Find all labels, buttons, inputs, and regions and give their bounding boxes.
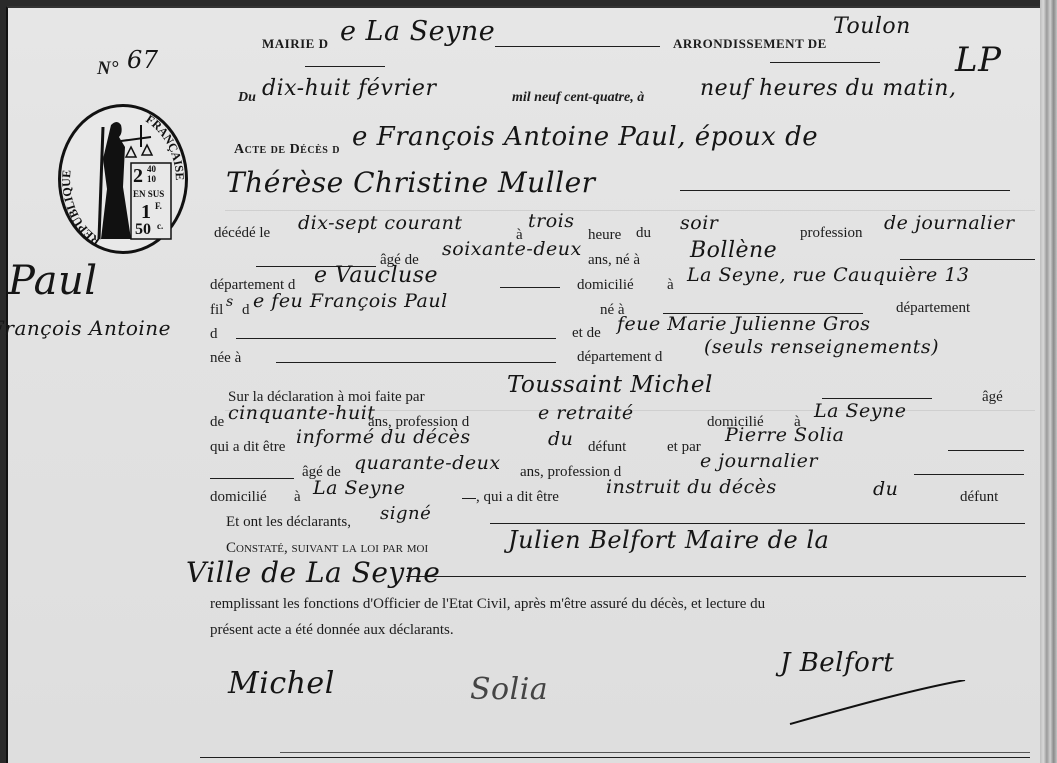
date-time: neuf heures du matin, (700, 76, 956, 101)
domicile-value: La Seyne, rue Cauquière 13 (687, 264, 970, 286)
underline (680, 190, 1010, 191)
line-d-label: d (210, 326, 218, 343)
hour-label: heure (588, 227, 621, 244)
date-prefix: Du (238, 90, 256, 106)
mairie-value: e La Seyne (340, 16, 495, 47)
said2-label: , qui a dit être (476, 489, 559, 506)
death-period: soir (680, 212, 718, 234)
number-value: 67 (127, 46, 159, 74)
declarant2-age: quarante-deux (354, 452, 501, 474)
fiscal-stamp: RÉPUBLIQUE FRANÇAISE 2 40 10 EN SUS 1 F.… (58, 104, 188, 254)
stamp-top-value: 2 (133, 165, 143, 188)
spouse-name: Thérèse Christine Muller (226, 166, 596, 199)
underline (462, 498, 476, 499)
declarant2-domicile: La Seyne (313, 477, 405, 499)
underline (495, 46, 660, 47)
department3-label: département d (577, 349, 662, 366)
domicile-label: domicilié (577, 277, 634, 294)
underline (500, 287, 560, 288)
de-label: de (210, 414, 224, 431)
age-value: soixante-deux (442, 238, 582, 260)
declarant2-relation: instruit du décès (606, 476, 777, 498)
profession-value: de journalier (884, 212, 1015, 234)
signed-label: Et ont les déclarants, (226, 514, 351, 531)
defunt-prefix: du (548, 428, 573, 450)
constate-label: Constaté, suivant la loi par moi (226, 540, 428, 557)
declarant1-age: cinquante-huit (228, 402, 375, 424)
and-by-label: et par (667, 439, 701, 456)
deceased-label: décédé le (214, 225, 270, 242)
underline (490, 523, 1025, 524)
underline (210, 478, 294, 479)
underline (276, 362, 556, 363)
defunt-label: défunt (588, 439, 626, 456)
stamp-emblem-icon: RÉPUBLIQUE FRANÇAISE (61, 107, 185, 251)
underline (770, 62, 880, 63)
deceased-name: e François Antoine Paul, époux de (352, 122, 818, 152)
stamp-cents-unit: c. (157, 221, 163, 231)
profession-label: profession (800, 225, 863, 242)
years-label: ans, né à (588, 252, 640, 269)
arrondissement-value: Toulon (833, 14, 911, 39)
arrondissement-label: ARRONDISSEMENT DE (673, 36, 827, 52)
born-f-label: née à (210, 350, 241, 367)
declarant1-relation: informé du décès (296, 426, 471, 448)
declarant1-age-label: âgé (982, 389, 1003, 406)
underline (900, 259, 1035, 260)
underline (914, 474, 1024, 475)
page-edge (1040, 0, 1057, 763)
signature-declarant1: Michel (228, 666, 335, 701)
defunt2-label: défunt (960, 489, 998, 506)
declarant1-name: Toussaint Michel (507, 372, 713, 398)
department2-label: département (896, 300, 970, 317)
svg-text:RÉPUBLIQUE: RÉPUBLIQUE (61, 169, 103, 248)
of-label: du (636, 225, 651, 242)
stamp-fraction: 40 (147, 165, 156, 174)
date-day-month: dix-huit février (262, 76, 436, 101)
domicile-at: à (667, 277, 674, 294)
defunt2-prefix: du (873, 478, 898, 500)
margin-mark: LP (955, 40, 1001, 80)
underline (236, 338, 556, 339)
father-prefix: d (242, 302, 250, 319)
stamp-middle-text: EN SUS (133, 189, 164, 199)
underline (305, 66, 385, 67)
domicile2-at: à (294, 489, 301, 506)
son-mark: s (226, 294, 234, 310)
number-label: N° (97, 58, 118, 80)
said-label: qui a dit être (210, 439, 285, 456)
declarant2-profession: e journalier (700, 450, 818, 472)
domicile2-label: domicilié (210, 489, 267, 506)
closing-line-2: présent acte a été donnée aux déclarants… (210, 622, 454, 639)
bottom-rule (280, 752, 1030, 753)
death-date: dix-sept courant (298, 212, 462, 234)
birthplace: Bollène (690, 238, 777, 263)
signature-declarant2: Solia (470, 672, 548, 707)
signature-officer: J Belfort (780, 648, 894, 678)
mairie-label: MAIRIE D (262, 36, 328, 52)
declarant1-profession: e retraité (538, 402, 634, 424)
stamp-fraction-denominator: 10 (147, 175, 156, 184)
officer-name: Julien Belfort Maire de la (508, 526, 829, 554)
underline (822, 398, 932, 399)
officer-name-cont: Ville de La Seyne (186, 556, 440, 589)
closing-line-1: remplissant les fonctions d'Officier de … (210, 596, 765, 613)
act-title: Acte de Décès d (234, 142, 340, 158)
mother-value: feue Marie Julienne Gros (617, 313, 870, 335)
declarant1-domicile: La Seyne (814, 400, 906, 422)
guide-line (225, 210, 1035, 211)
underline (948, 450, 1024, 451)
bottom-rule (200, 757, 1030, 758)
father-value: e feu François Paul (253, 290, 448, 312)
stamp-price-cents: 50 (135, 221, 151, 239)
signature-flourish-icon (780, 680, 980, 730)
signed-value: signé (380, 503, 431, 524)
son-label: fil (210, 302, 223, 319)
department-value: e Vaucluse (314, 263, 438, 288)
margin-surname: Paul (8, 258, 98, 304)
date-year: mil neuf cent-quatre, à (512, 90, 644, 106)
mother-label: et de (572, 325, 601, 342)
declarant2-name: Pierre Solia (725, 424, 845, 446)
underline (406, 576, 1026, 577)
stamp-price-unit: F. (155, 201, 162, 211)
margin-given-names: François Antoine (0, 316, 171, 340)
death-hour: trois (528, 210, 574, 232)
department3-value: (seuls renseignements) (704, 336, 939, 358)
